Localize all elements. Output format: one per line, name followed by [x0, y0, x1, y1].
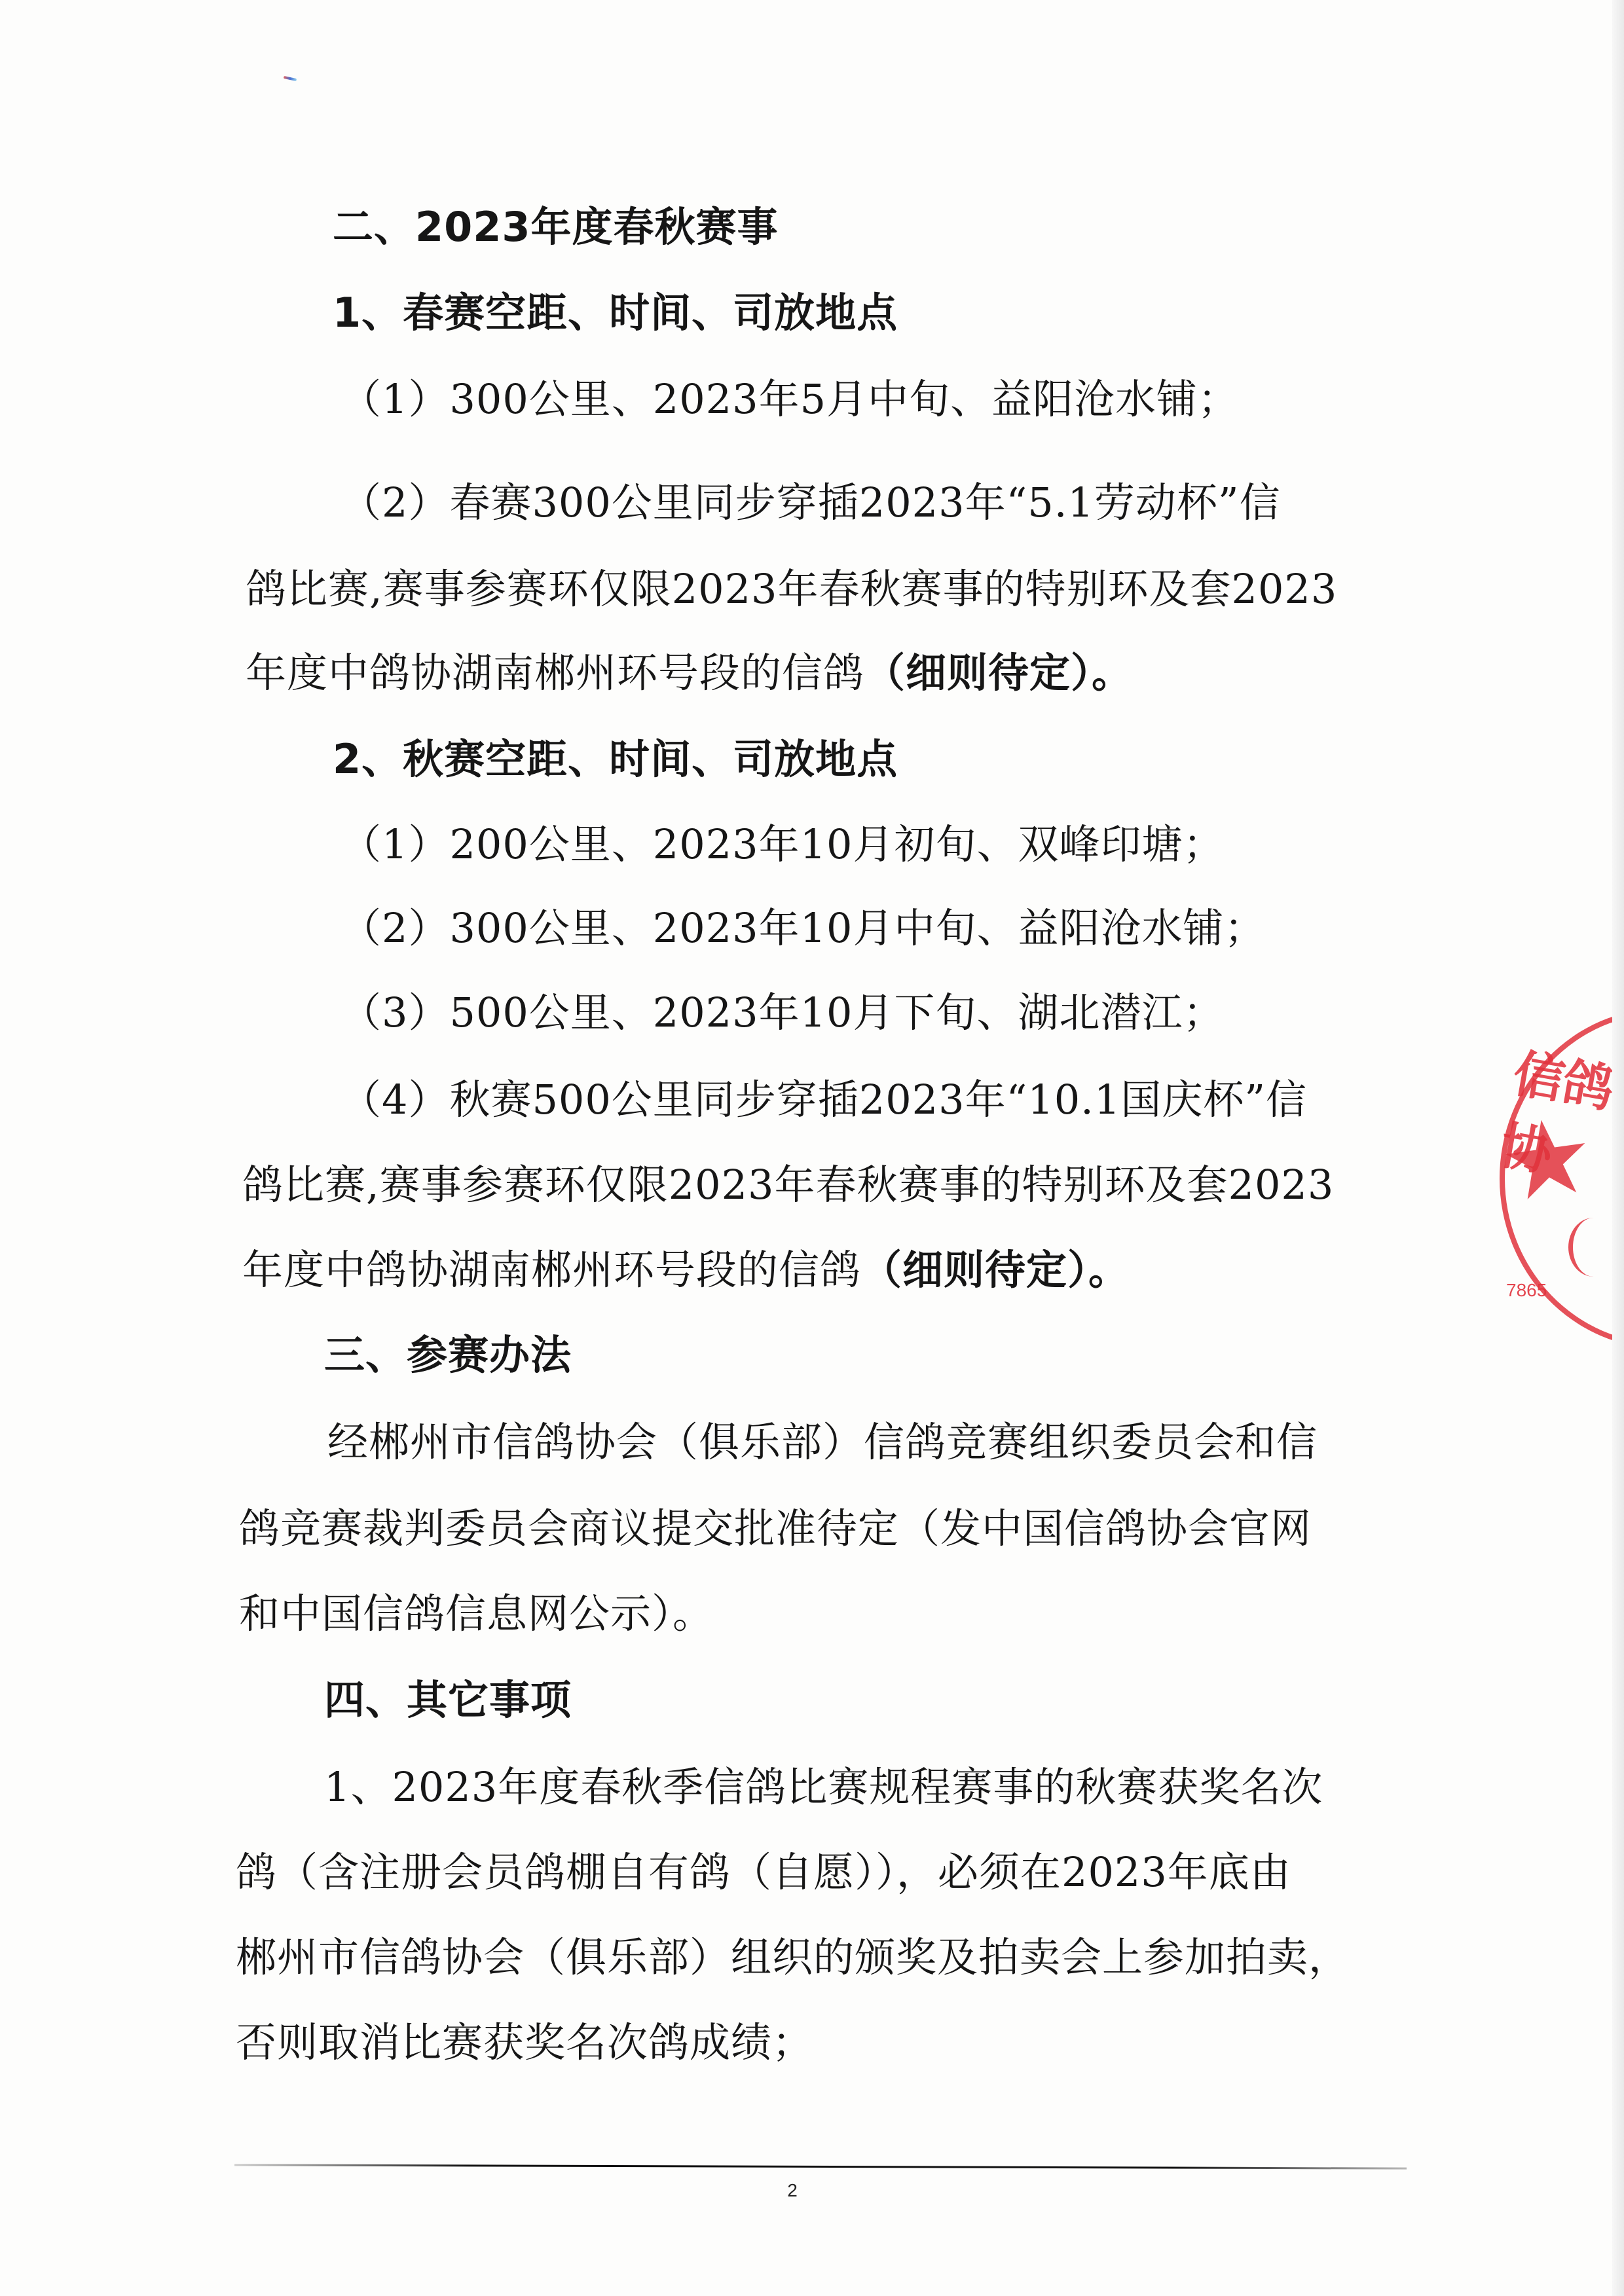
- spring-note-line-3-text: 年度中鸽协湖南郴州环号段的信鸽: [246, 649, 864, 697]
- document-page: 二、2023年度春秋赛事 1、春赛空距、时间、司放地点 （1）300公里、202…: [0, 0, 1624, 2296]
- section-4-line-1: 1、2023年度春秋季信鸽比赛规程赛事的秋赛获奖名次: [324, 1761, 1323, 1813]
- section-3-heading: 三、参赛办法: [324, 1329, 572, 1381]
- footer-divider: [234, 2164, 1407, 2169]
- autumn-note-pending: （细则待定）。: [861, 1246, 1130, 1294]
- section-4-line-4: 否则取消比赛获奖名次鸽成绩；: [236, 2016, 813, 2069]
- spring-note-pending: （细则待定）。: [864, 649, 1133, 697]
- section-4-line-3: 郴州市信鸽协会（俱乐部）组织的颁奖及拍卖会上参加拍卖，: [236, 1931, 1350, 1984]
- autumn-note-line-2: 鸽比赛,赛事参赛环仅限2023年春秋赛事的特别环及套2023: [242, 1159, 1334, 1211]
- section-3-line-1: 经郴州市信鸽协会（俱乐部）信鸽竞赛组织委员会和信: [327, 1416, 1318, 1468]
- spring-note-line-1: （2）春赛300公里同步穿插2023年“5.1劳动杯”信: [341, 477, 1375, 529]
- autumn-item-1: （1）200公里、2023年10月初旬、双峰印塘；: [341, 818, 1224, 871]
- autumn-note-line-3: 年度中鸽协湖南郴州环号段的信鸽（细则待定）。: [242, 1244, 1130, 1296]
- section-2-heading: 二、2023年度春秋赛事: [333, 201, 779, 253]
- seal-ring: [1500, 1008, 1617, 1349]
- seal-inner-bracket: [1568, 1218, 1617, 1277]
- section-3-line-2: 鸽竞赛裁判委员会商议提交批准待定（发中国信鸽协会官网: [239, 1503, 1312, 1555]
- spring-item-1: （1）300公里、2023年5月中旬、益阳沧水铺；: [341, 373, 1239, 426]
- scan-edge: [1612, 0, 1624, 2296]
- star-icon: [1504, 1113, 1589, 1205]
- autumn-item-2: （2）300公里、2023年10月中旬、益阳沧水铺；: [341, 902, 1265, 955]
- section-3-line-3: 和中国信鸽信息网公示）。: [239, 1588, 714, 1640]
- section-4-line-2: 鸽（含注册会员鸽棚自有鸽（自愿）），必须在2023年底由: [236, 1846, 1291, 1899]
- autumn-item-3: （3）500公里、2023年10月下旬、湖北潜江；: [341, 987, 1224, 1039]
- page-number: 2: [779, 2180, 805, 2201]
- seal-code: 7865: [1506, 1280, 1547, 1301]
- spring-note-line-2: 鸽比赛,赛事参赛环仅限2023年春秋赛事的特别环及套2023: [246, 563, 1337, 615]
- section-4-heading: 四、其它事项: [324, 1674, 572, 1726]
- autumn-note-line-1: （4）秋赛500公里同步穿插2023年“10.1国庆杯”信: [341, 1074, 1307, 1126]
- seal-text: 信鸽协: [1496, 1032, 1617, 1196]
- autumn-subheading: 2、秋赛空距、时间、司放地点: [333, 733, 898, 786]
- scan-artifact: [284, 76, 297, 81]
- spring-note-line-3: 年度中鸽协湖南郴州环号段的信鸽（细则待定）。: [246, 647, 1133, 699]
- spring-subheading: 1、春赛空距、时间、司放地点: [333, 287, 898, 339]
- autumn-note-line-3-text: 年度中鸽协湖南郴州环号段的信鸽: [242, 1246, 861, 1294]
